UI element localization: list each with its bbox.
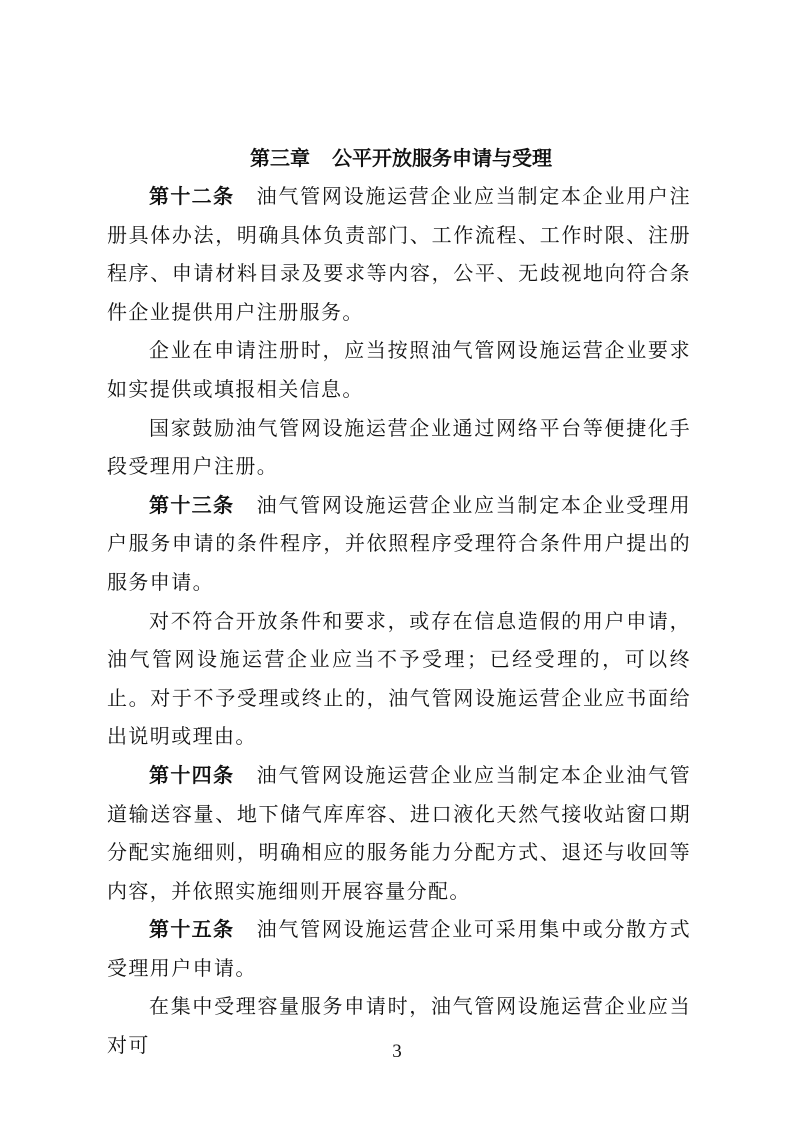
chapter-name: 公平开放服务申请与受理 bbox=[332, 146, 552, 170]
article-label: 第十二条 bbox=[149, 184, 234, 208]
document-page: 第三章公平开放服务申请与受理 第十二条油气管网设施运营企业应当制定本企业用户注册… bbox=[107, 139, 691, 1065]
article-12-paragraph-2: 企业在申请注册时，应当按照油气管网设施运营企业要求如实提供或填报相关信息。 bbox=[107, 331, 691, 408]
article-label: 第十三条 bbox=[149, 493, 234, 517]
article-12-paragraph-3: 国家鼓励油气管网设施运营企业通过网络平台等便捷化手段受理用户注册。 bbox=[107, 409, 691, 486]
article-15-paragraph: 第十五条油气管网设施运营企业可采用集中或分散方式受理用户申请。 bbox=[107, 910, 691, 987]
paragraph-text: 企业在申请注册时，应当按照油气管网设施运营企业要求如实提供或填报相关信息。 bbox=[107, 338, 691, 401]
article-12-paragraph: 第十二条油气管网设施运营企业应当制定本企业用户注册具体办法，明确具体负责部门、工… bbox=[107, 177, 691, 331]
article-label: 第十四条 bbox=[149, 763, 234, 787]
article-13-paragraph-2: 对不符合开放条件和要求，或存在信息造假的用户申请，油气管网设施运营企业应当不予受… bbox=[107, 602, 691, 756]
chapter-number: 第三章 bbox=[250, 146, 310, 170]
page-number: 3 bbox=[0, 1040, 794, 1064]
article-13-paragraph: 第十三条油气管网设施运营企业应当制定本企业受理用户服务申请的条件程序，并依照程序… bbox=[107, 486, 691, 602]
article-14-paragraph: 第十四条油气管网设施运营企业应当制定本企业油气管道输送容量、地下储气库库容、进口… bbox=[107, 756, 691, 910]
paragraph-text: 对不符合开放条件和要求，或存在信息造假的用户申请，油气管网设施运营企业应当不予受… bbox=[107, 609, 691, 749]
article-label: 第十五条 bbox=[149, 917, 234, 941]
chapter-title: 第三章公平开放服务申请与受理 bbox=[107, 139, 691, 177]
paragraph-text: 国家鼓励油气管网设施运营企业通过网络平台等便捷化手段受理用户注册。 bbox=[107, 416, 691, 479]
